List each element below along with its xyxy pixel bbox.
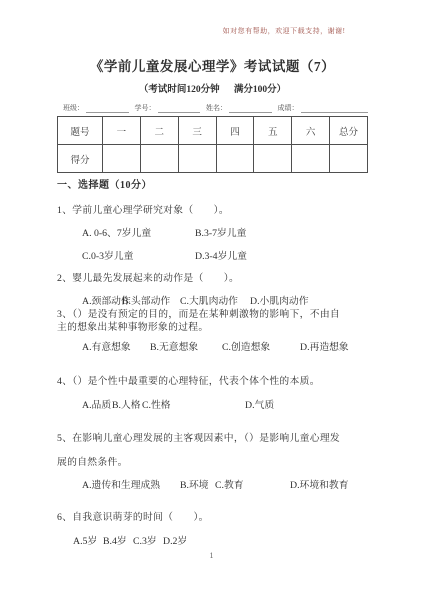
score-cell-empty bbox=[254, 145, 292, 173]
info-field-label: 学号： bbox=[129, 103, 158, 113]
score-table-column: 五 bbox=[254, 117, 292, 145]
score-table-column: 六 bbox=[292, 117, 330, 145]
options-row: A.遗传和生理成熟B.环境C.教育D.环境和教育 bbox=[82, 479, 368, 492]
option: C.创造想象 bbox=[222, 341, 300, 354]
student-info-field: 成绩： bbox=[272, 103, 369, 113]
score-table-column: 四 bbox=[216, 117, 254, 145]
score-label: 得分 bbox=[58, 145, 103, 173]
score-table-column: 二 bbox=[140, 117, 178, 145]
exam-time-score-info: （考试时间120分钟 满分100分） bbox=[57, 84, 368, 96]
info-field-blank bbox=[301, 104, 369, 113]
download-support-watermark: 如对您有帮助，欢迎下载支持，谢谢! bbox=[0, 26, 423, 36]
score-table-body: 题号一二三四五六总分得分 bbox=[58, 117, 368, 173]
score-table-score-row: 得分 bbox=[58, 145, 368, 173]
question-text: 5、在影响儿童心理发展的主客观因素中，（）是影响儿童心理发 bbox=[57, 432, 368, 445]
question-text: 主的想象出某种事物形象的过程。 bbox=[57, 321, 368, 334]
info-field-label: 班级： bbox=[57, 103, 86, 113]
options-row: A.有意想象B.无意想象C.创造想象D.再造想象 bbox=[82, 341, 368, 354]
option: B.人格 bbox=[112, 399, 142, 412]
option: B.无意想象 bbox=[150, 341, 222, 354]
option: C.3岁 bbox=[133, 535, 163, 548]
score-cell-empty bbox=[140, 145, 178, 173]
option: D.2岁 bbox=[163, 535, 187, 548]
option: C.性格 bbox=[142, 399, 245, 412]
question-text: 2、婴儿最先发展起来的动作是（ ）。 bbox=[57, 272, 368, 285]
options-row: A.品质B.人格C.性格D.气质 bbox=[82, 399, 368, 412]
student-info-field: 学号： bbox=[129, 103, 201, 113]
page-number: 1 bbox=[0, 551, 423, 560]
option: C.0-3岁儿童 bbox=[82, 250, 195, 263]
score-table-column: 一 bbox=[103, 117, 141, 145]
student-info-field: 姓名： bbox=[200, 103, 272, 113]
option: A.颈部动作 bbox=[82, 295, 122, 308]
score-cell-empty bbox=[216, 145, 254, 173]
score-table-column: 三 bbox=[178, 117, 216, 145]
exam-paper-page: 如对您有帮助，欢迎下载支持，谢谢! 《学前儿童发展心理学》考试试题（7） （考试… bbox=[0, 0, 423, 600]
option: A.遗传和生理成熟 bbox=[82, 479, 180, 492]
score-cell-empty bbox=[103, 145, 141, 173]
options-row: A.5岁B.4岁C.3岁D.2岁 bbox=[73, 535, 368, 548]
option: B.4岁 bbox=[103, 535, 133, 548]
option: B.头部动作 bbox=[122, 295, 180, 308]
question-text: 1、学前儿童心理学研究对象（ ）。 bbox=[57, 204, 368, 217]
options-row: A. 0-6、7岁儿童B.3-7岁儿童 bbox=[82, 227, 368, 240]
score-table: 题号一二三四五六总分得分 bbox=[57, 116, 368, 173]
options-row: A.颈部动作B.头部动作C.大肌肉动作D.小肌肉动作 bbox=[82, 295, 368, 308]
info-field-label: 成绩： bbox=[272, 103, 301, 113]
info-field-label: 姓名： bbox=[200, 103, 229, 113]
option: C.教育 bbox=[215, 479, 290, 492]
info-field-blank bbox=[86, 104, 129, 113]
option: C.大肌肉动作 bbox=[180, 295, 250, 308]
option: D.气质 bbox=[245, 399, 274, 412]
option: D.环境和教育 bbox=[290, 479, 349, 492]
question: 2、婴儿最先发展起来的动作是（ ）。A.颈部动作B.头部动作C.大肌肉动作D.小… bbox=[57, 272, 368, 308]
score-table-header-row: 题号一二三四五六总分 bbox=[58, 117, 368, 145]
option: D.3-4岁儿童 bbox=[195, 250, 247, 263]
option: A.5岁 bbox=[73, 535, 103, 548]
paper-content: 《学前儿童发展心理学》考试试题（7） （考试时间120分钟 满分100分） 班级… bbox=[0, 0, 423, 548]
score-cell-empty bbox=[330, 145, 368, 173]
student-info-field: 班级： bbox=[57, 103, 129, 113]
question: 6、自我意识萌芽的时间（ ）。A.5岁B.4岁C.3岁D.2岁 bbox=[57, 511, 368, 548]
info-field-blank bbox=[158, 104, 201, 113]
question-text: 4、（）是个性中最重要的心理特征，代表个体个性的本质。 bbox=[57, 375, 368, 388]
question-number-label: 题号 bbox=[58, 117, 103, 145]
question: 4、（）是个性中最重要的心理特征，代表个体个性的本质。A.品质B.人格C.性格D… bbox=[57, 375, 368, 412]
student-info-line: 班级：学号：姓名：成绩： bbox=[57, 102, 368, 113]
option: A.有意想象 bbox=[82, 341, 150, 354]
score-cell-empty bbox=[292, 145, 330, 173]
score-table-column: 总分 bbox=[330, 117, 368, 145]
question-text: 6、自我意识萌芽的时间（ ）。 bbox=[57, 511, 368, 524]
question: 1、学前儿童心理学研究对象（ ）。A. 0-6、7岁儿童B.3-7岁儿童C.0-… bbox=[57, 204, 368, 263]
option: B.3-7岁儿童 bbox=[195, 227, 246, 240]
question: 5、在影响儿童心理发展的主客观因素中，（）是影响儿童心理发展的自然条件。A.遗传… bbox=[57, 432, 368, 492]
options-row: C.0-3岁儿童D.3-4岁儿童 bbox=[82, 250, 368, 263]
option: B.环境 bbox=[180, 479, 215, 492]
option: D.小肌肉动作 bbox=[250, 295, 309, 308]
score-cell-empty bbox=[178, 145, 216, 173]
exam-title: 《学前儿童发展心理学》考试试题（7） bbox=[57, 58, 368, 75]
section-heading: 一、选择题（10分） bbox=[57, 179, 368, 192]
question: 3、（）是没有预定的目的，而是在某种刺激物的影响下，不由自主的想象出某种事物形象… bbox=[57, 308, 368, 354]
info-field-blank bbox=[229, 104, 272, 113]
option: A. 0-6、7岁儿童 bbox=[82, 227, 195, 240]
option: A.品质 bbox=[82, 399, 112, 412]
questions: 1、学前儿童心理学研究对象（ ）。A. 0-6、7岁儿童B.3-7岁儿童C.0-… bbox=[57, 204, 368, 548]
question-text: 展的自然条件。 bbox=[57, 456, 368, 469]
option: D.再造想象 bbox=[300, 341, 349, 354]
question-text: 3、（）是没有预定的目的，而是在某种刺激物的影响下，不由自 bbox=[57, 308, 368, 321]
